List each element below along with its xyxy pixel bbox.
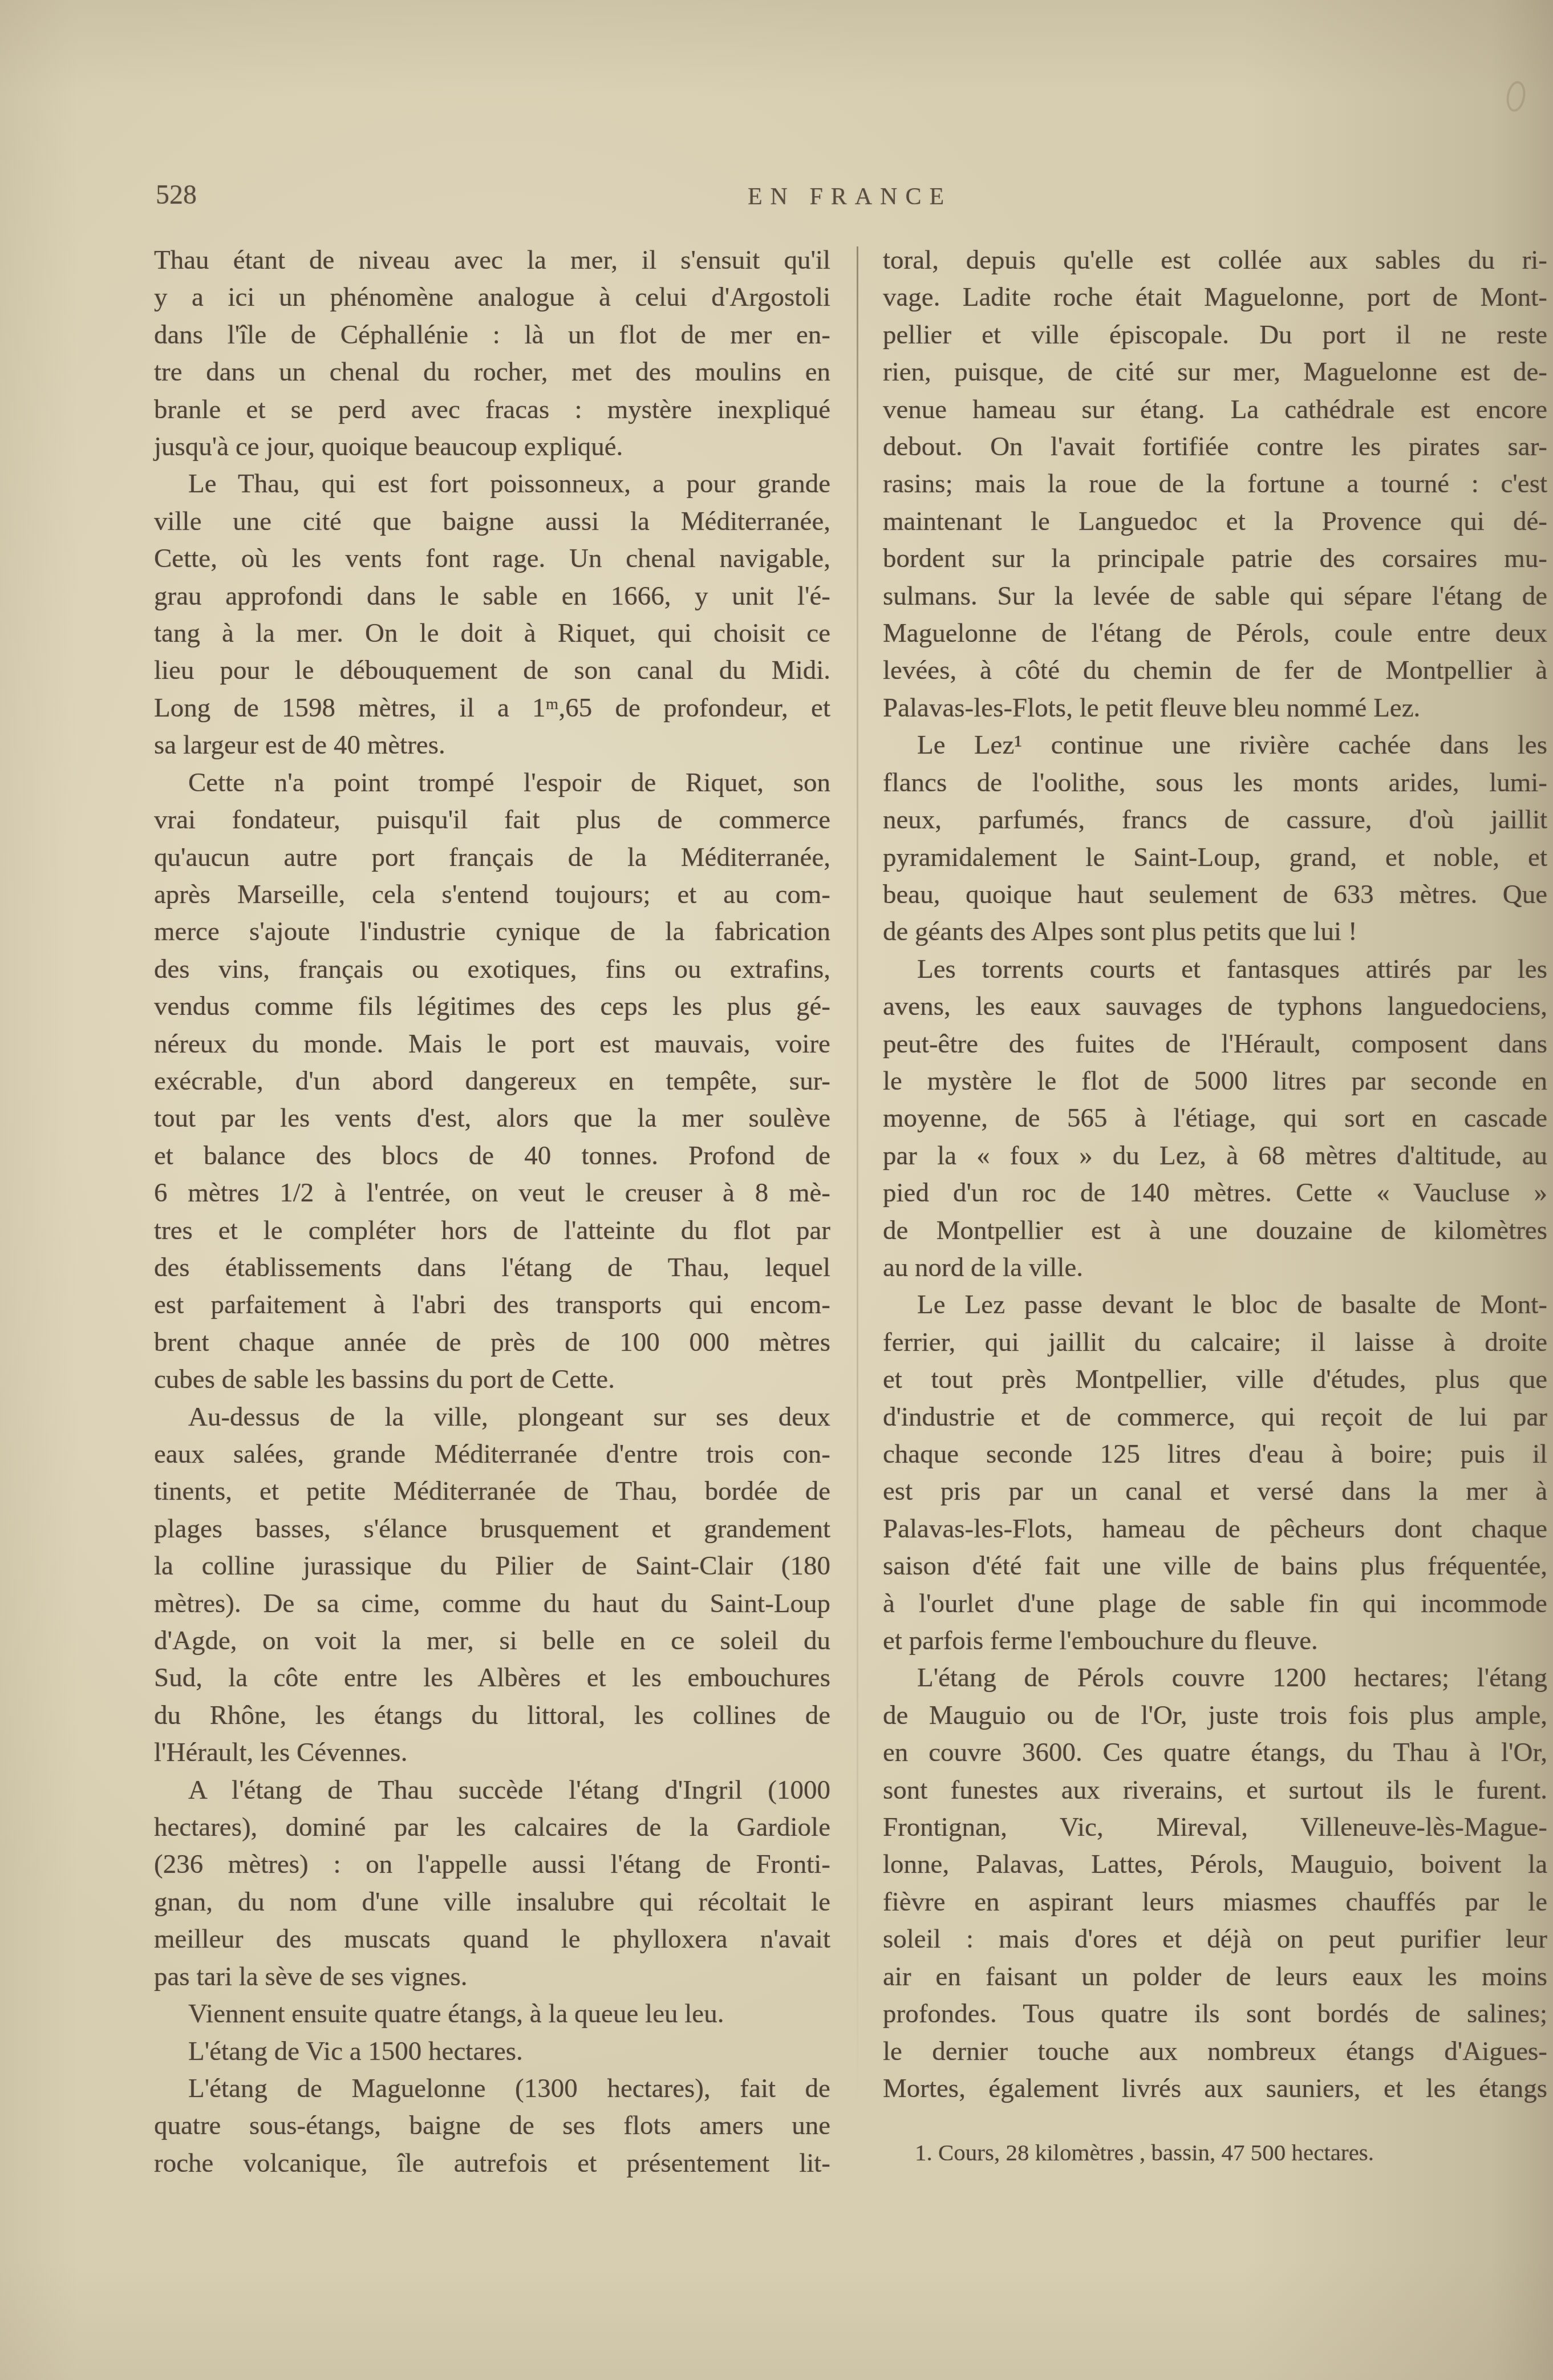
text-line: pas tari la sève de ses vignes. (154, 1958, 830, 1996)
text-line: roche volcanique, île autrefois et prése… (154, 2145, 830, 2182)
text-line: Le Lez¹ continue une rivière cachée dans… (883, 727, 1547, 764)
text-line: Au-dessus de la ville, plongeant sur ses… (154, 1399, 830, 1436)
text-line: neux, parfumés, francs de cassure, d'où … (883, 802, 1547, 839)
text-line: sulmans. Sur la levée de sable qui sépar… (883, 578, 1547, 615)
text-line: néreux du monde. Mais le port est mauvai… (154, 1026, 830, 1063)
text-line: profondes. Tous quatre ils sont bordés d… (883, 1996, 1547, 2033)
text-line: vendus comme fils légitimes des ceps les… (154, 988, 830, 1025)
text-line: d'industrie et de commerce, qui reçoit d… (883, 1399, 1547, 1436)
paragraph: A l'étang de Thau succède l'étang d'Ingr… (154, 1772, 830, 1996)
column-rule (857, 246, 858, 2112)
text-line: du Rhône, les étangs du littoral, les co… (154, 1697, 830, 1734)
text-line: bordent sur la principale patrie des cor… (883, 540, 1547, 577)
text-line: d'Agde, on voit la mer, si belle en ce s… (154, 1622, 830, 1659)
text-line: tang à la mer. On le doit à Riquet, qui … (154, 615, 830, 652)
text-line: 6 mètres 1/2 à l'entrée, on veut le creu… (154, 1175, 830, 1212)
text-line: peut-être des fuites de l'Hérault, compo… (883, 1026, 1547, 1063)
text-line: pied d'un roc de 140 mètres. Cette « Vau… (883, 1175, 1547, 1212)
text-line: chaque seconde 125 litres d'eau à boire;… (883, 1436, 1547, 1473)
text-line: plages basses, s'élance brusquement et g… (154, 1511, 830, 1548)
paragraph: Les torrents courts et fantasques attiré… (883, 951, 1547, 1287)
text-line: Les torrents courts et fantasques attiré… (883, 951, 1547, 988)
text-line: par la « foux » du Lez, à 68 mètres d'al… (883, 1138, 1547, 1175)
text-line: Le Thau, qui est fort poissonneux, a pou… (154, 466, 830, 503)
right-column: toral, depuis qu'elle est collée aux sab… (883, 242, 1547, 2167)
text-line: tout par les vents d'est, alors que la m… (154, 1100, 830, 1137)
text-line: Maguelonne de l'étang de Pérols, coule e… (883, 615, 1547, 652)
text-line: mètres). De sa cime, comme du haut du Sa… (154, 1585, 830, 1622)
text-line: Palavas-les-Flots, le petit fleuve bleu … (883, 690, 1547, 727)
footnote: 1. Cours, 28 kilomètres , bassin, 47 500… (883, 2138, 1547, 2167)
text-line: et tout près Montpellier, ville d'études… (883, 1361, 1547, 1398)
text-line: à l'ourlet d'une plage de sable fin qui … (883, 1585, 1547, 1622)
text-line: le dernier touche aux nombreux étangs d'… (883, 2033, 1547, 2070)
text-line: moyenne, de 565 à l'étiage, qui sort en … (883, 1100, 1547, 1137)
paragraph: L'étang de Maguelonne (1300 hectares), f… (154, 2070, 830, 2182)
text-line: Thau étant de niveau avec la mer, il s'e… (154, 242, 830, 279)
text-line: saison d'été fait une ville de bains plu… (883, 1548, 1547, 1585)
text-line: soleil : mais d'ores et déjà on peut pur… (883, 1921, 1547, 1958)
text-line: Palavas-les-Flots, hameau de pêcheurs do… (883, 1511, 1547, 1548)
text-line: tinents, et petite Méditerranée de Thau,… (154, 1473, 830, 1510)
text-line: tres et le compléter hors de l'atteinte … (154, 1212, 830, 1249)
text-line: lonne, Palavas, Lattes, Pérols, Mauguio,… (883, 1846, 1547, 1883)
text-line: maintenant le Languedoc et la Provence q… (883, 503, 1547, 540)
text-line: eaux salées, grande Méditerranée d'entre… (154, 1436, 830, 1473)
text-line: Viennent ensuite quatre étangs, à la que… (154, 1996, 830, 2033)
text-line: Le Lez passe devant le bloc de basalte d… (883, 1286, 1547, 1323)
paragraph: Au-dessus de la ville, plongeant sur ses… (154, 1399, 830, 1772)
book-page: 528 EN FRANCE Thau étant de niveau avec … (0, 0, 1553, 2380)
text-line: pyramidalement le Saint-Loup, grand, et … (883, 839, 1547, 876)
text-line: debout. On l'avait fortifiée contre les … (883, 428, 1547, 466)
text-line: L'étang de Vic a 1500 hectares. (154, 2033, 830, 2070)
text-line: des vins, français ou exotiques, fins ou… (154, 951, 830, 988)
paragraph: L'étang de Vic a 1500 hectares. (154, 2033, 830, 2070)
text-line: merce s'ajoute l'industrie cynique de la… (154, 913, 830, 950)
paragraph: Viennent ensuite quatre étangs, à la que… (154, 1996, 830, 2033)
text-line: levées, à côté du chemin de fer de Montp… (883, 652, 1547, 689)
text-line: sa largeur est de 40 mètres. (154, 727, 830, 764)
text-line: après Marseille, cela s'entend toujours;… (154, 876, 830, 913)
text-line: au nord de la ville. (883, 1249, 1547, 1286)
text-line: sont funestes aux riverains, et surtout … (883, 1772, 1547, 1809)
text-line: Sud, la côte entre les Albères et les em… (154, 1659, 830, 1697)
text-line: gnan, du nom d'une ville insalubre qui r… (154, 1884, 830, 1921)
text-line: air en faisant un polder de leurs eaux l… (883, 1958, 1547, 1996)
text-line: grau approfondi dans le sable en 1666, y… (154, 578, 830, 615)
text-line: qu'aucun autre port français de la Médit… (154, 839, 830, 876)
text-line: meilleur des muscats quand le phylloxera… (154, 1921, 830, 1958)
text-line: fièvre en aspirant leurs miasmes chauffé… (883, 1884, 1547, 1921)
text-line: et balance des blocs de 40 tonnes. Profo… (154, 1138, 830, 1175)
text-line: et parfois ferme l'embouchure du fleuve. (883, 1622, 1547, 1659)
scan-artifact (1505, 80, 1528, 114)
text-line: vage. Ladite roche était Maguelonne, por… (883, 279, 1547, 316)
text-line: cubes de sable les bassins du port de Ce… (154, 1361, 830, 1398)
text-line: le mystère le flot de 5000 litres par se… (883, 1063, 1547, 1100)
column-gap (830, 242, 883, 2182)
text-block: Thau étant de niveau avec la mer, il s'e… (154, 242, 1547, 2182)
text-line: L'étang de Pérols couvre 1200 hectares; … (883, 1659, 1547, 1697)
text-line: A l'étang de Thau succède l'étang d'Ingr… (154, 1772, 830, 1809)
paragraph: Le Lez passe devant le bloc de basalte d… (883, 1286, 1547, 1659)
text-line: jusqu'à ce jour, quoique beaucoup expliq… (154, 428, 830, 466)
text-line: est pris par un canal et versé dans la m… (883, 1473, 1547, 1510)
text-line: venue hameau sur étang. La cathédrale es… (883, 391, 1547, 428)
text-line: l'Hérault, les Cévennes. (154, 1734, 830, 1771)
paragraph: Le Thau, qui est fort poissonneux, a pou… (154, 466, 830, 764)
text-line: vrai fondateur, puisqu'il fait plus de c… (154, 802, 830, 839)
left-column: Thau étant de niveau avec la mer, il s'e… (154, 242, 830, 2182)
text-line: quatre sous-étangs, baigne de ses flots … (154, 2107, 830, 2144)
text-line: des établissements dans l'étang de Thau,… (154, 1249, 830, 1286)
text-line: rien, puisque, de cité sur mer, Maguelon… (883, 354, 1547, 391)
paragraph: toral, depuis qu'elle est collée aux sab… (883, 242, 1547, 727)
text-line: Mortes, également livrés aux sauniers, e… (883, 2070, 1547, 2107)
text-line: tre dans un chenal du rocher, met des mo… (154, 354, 830, 391)
text-line: toral, depuis qu'elle est collée aux sab… (883, 242, 1547, 279)
text-line: la colline jurassique du Pilier de Saint… (154, 1548, 830, 1585)
text-line: dans l'île de Céphallénie : là un flot d… (154, 317, 830, 354)
text-line: de Montpellier est à une douzaine de kil… (883, 1212, 1547, 1249)
text-line: y a ici un phénomène analogue à celui d'… (154, 279, 830, 316)
paragraph: Cette n'a point trompé l'espoir de Rique… (154, 764, 830, 1399)
paragraph: L'étang de Pérols couvre 1200 hectares; … (883, 1659, 1547, 2107)
text-line: avens, les eaux sauvages de typhons lang… (883, 988, 1547, 1025)
text-line: ferrier, qui jaillit du calcaire; il lai… (883, 1324, 1547, 1361)
text-line: (236 mètres) : on l'appelle aussi l'étan… (154, 1846, 830, 1883)
text-line: beau, quoique haut seulement de 633 mètr… (883, 876, 1547, 913)
text-line: en couvre 3600. Ces quatre étangs, du Th… (883, 1734, 1547, 1771)
paragraph: Thau étant de niveau avec la mer, il s'e… (154, 242, 830, 466)
text-line: de Mauguio ou de l'Or, juste trois fois … (883, 1697, 1547, 1734)
text-line: rasins; mais la roue de la fortune a tou… (883, 466, 1547, 503)
text-line: lieu pour le débouquement de son canal d… (154, 652, 830, 689)
text-line: exécrable, d'un abord dangereux en tempê… (154, 1063, 830, 1100)
running-title: EN FRANCE (154, 183, 1546, 211)
text-line: L'étang de Maguelonne (1300 hectares), f… (154, 2070, 830, 2107)
text-line: Cette n'a point trompé l'espoir de Rique… (154, 764, 830, 802)
text-line: flancs de l'oolithe, sous les monts arid… (883, 764, 1547, 802)
paragraph: Le Lez¹ continue une rivière cachée dans… (883, 727, 1547, 950)
text-line: hectares), dominé par les calcaires de l… (154, 1809, 830, 1846)
text-line: branle et se perd avec fracas : mystère … (154, 391, 830, 428)
text-line: est parfaitement à l'abri des transports… (154, 1286, 830, 1323)
text-line: pellier et ville épiscopale. Du port il … (883, 317, 1547, 354)
text-line: de géants des Alpes sont plus petits que… (883, 913, 1547, 950)
text-line: brent chaque année de près de 100 000 mè… (154, 1324, 830, 1361)
text-line: ville une cité que baigne aussi la Médit… (154, 503, 830, 540)
text-line: Long de 1598 mètres, il a 1ᵐ,65 de profo… (154, 690, 830, 727)
text-line: Frontignan, Vic, Mireval, Villeneuve-lès… (883, 1809, 1547, 1846)
text-line: Cette, où les vents font rage. Un chenal… (154, 540, 830, 577)
